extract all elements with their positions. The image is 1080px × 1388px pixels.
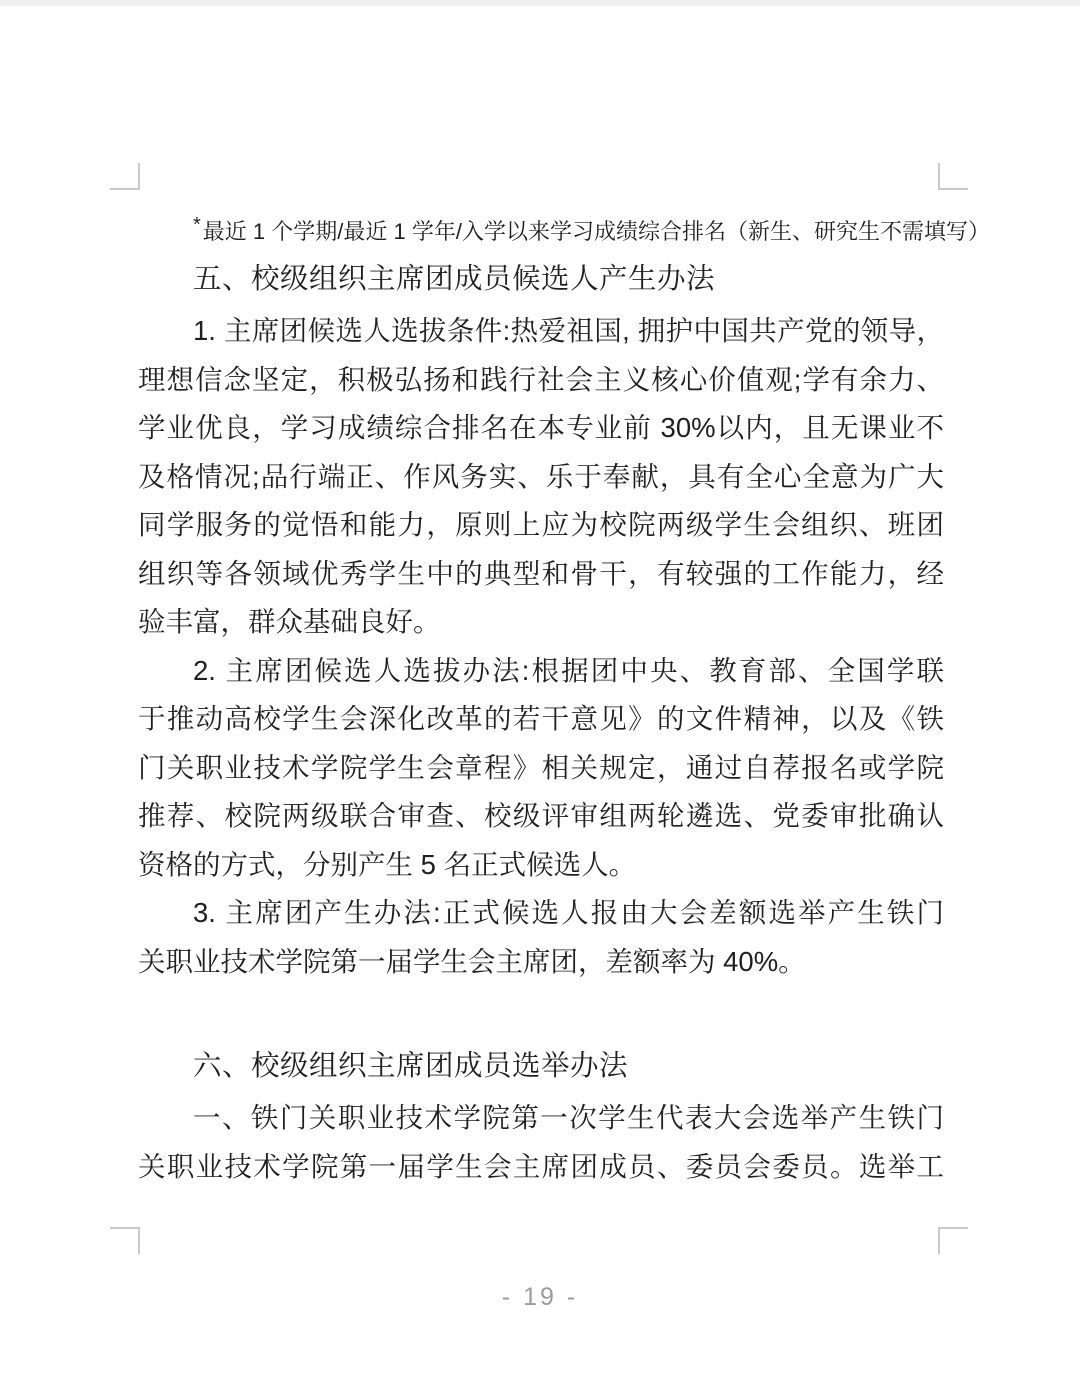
margin-corner-mark-bottom-right [938,1227,968,1254]
text-line: 于推动高校学生会深化改革的若干意见》的文件精神，以及《铁 [138,695,944,744]
margin-corner-mark-bottom-left [110,1227,140,1254]
text-line: 1. 主席团候选人选拔条件:热爱祖国, 拥护中国共产党的领导， [138,307,944,356]
footnote-text: 最近 1 个学期/最近 1 学年/入学以来学习成绩综合排名（新生、研究生不需填写… [203,219,990,244]
document-body: *最近 1 个学期/最近 1 学年/入学以来学习成绩综合排名（新生、研究生不需填… [138,203,944,1191]
footnote-asterisk-marker: * [193,214,201,236]
blank-line [138,986,944,1038]
text-line: 验丰富，群众基础良好。 [138,598,944,647]
text-line: 组织等各领域优秀学生中的典型和骨干，有较强的工作能力，经 [138,550,944,599]
section-heading: 五、校级组织主席团成员候选人产生办法 [138,251,944,307]
text-line: 资格的方式，分别产生 5 名正式候选人。 [138,841,944,890]
text-line: 同学服务的觉悟和能力，原则上应为校院两级学生会组织、班团 [138,501,944,550]
footnote-line: *最近 1 个学期/最近 1 学年/入学以来学习成绩综合排名（新生、研究生不需填… [138,203,944,251]
text-line: 推荐、校院两级联合审查、校级评审组两轮遴选、党委审批确认 [138,792,944,841]
document-page: *最近 1 个学期/最近 1 学年/入学以来学习成绩综合排名（新生、研究生不需填… [0,0,1080,1388]
text-line: 门关职业技术学院学生会章程》相关规定，通过自荐报名或学院 [138,744,944,793]
text-line: 及格情况;品行端正、作风务实、乐于奉献，具有全心全意为广大 [138,453,944,502]
page-top-divider [0,0,1080,6]
page-number: - 19 - [0,1283,1080,1312]
margin-corner-mark-top-left [110,163,140,190]
text-line: 3. 主席团产生办法:正式候选人报由大会差额选举产生铁门 [138,889,944,938]
text-line: 关职业技术学院第一届学生会主席团，差额率为 40%。 [138,938,944,987]
margin-corner-mark-top-right [938,163,968,190]
section-heading: 六、校级组织主席团成员选举办法 [138,1038,944,1094]
text-line: 一、铁门关职业技术学院第一次学生代表大会选举产生铁门 [138,1094,944,1143]
text-line: 学业优良，学习成绩综合排名在本专业前 30%以内，且无课业不 [138,404,944,453]
text-line: 关职业技术学院第一届学生会主席团成员、委员会委员。选举工 [138,1143,944,1192]
text-line: 理想信念坚定，积极弘扬和践行社会主义核心价值观;学有余力、 [138,356,944,405]
text-line: 2. 主席团候选人选拔办法:根据团中央、教育部、全国学联《关 [138,647,944,696]
